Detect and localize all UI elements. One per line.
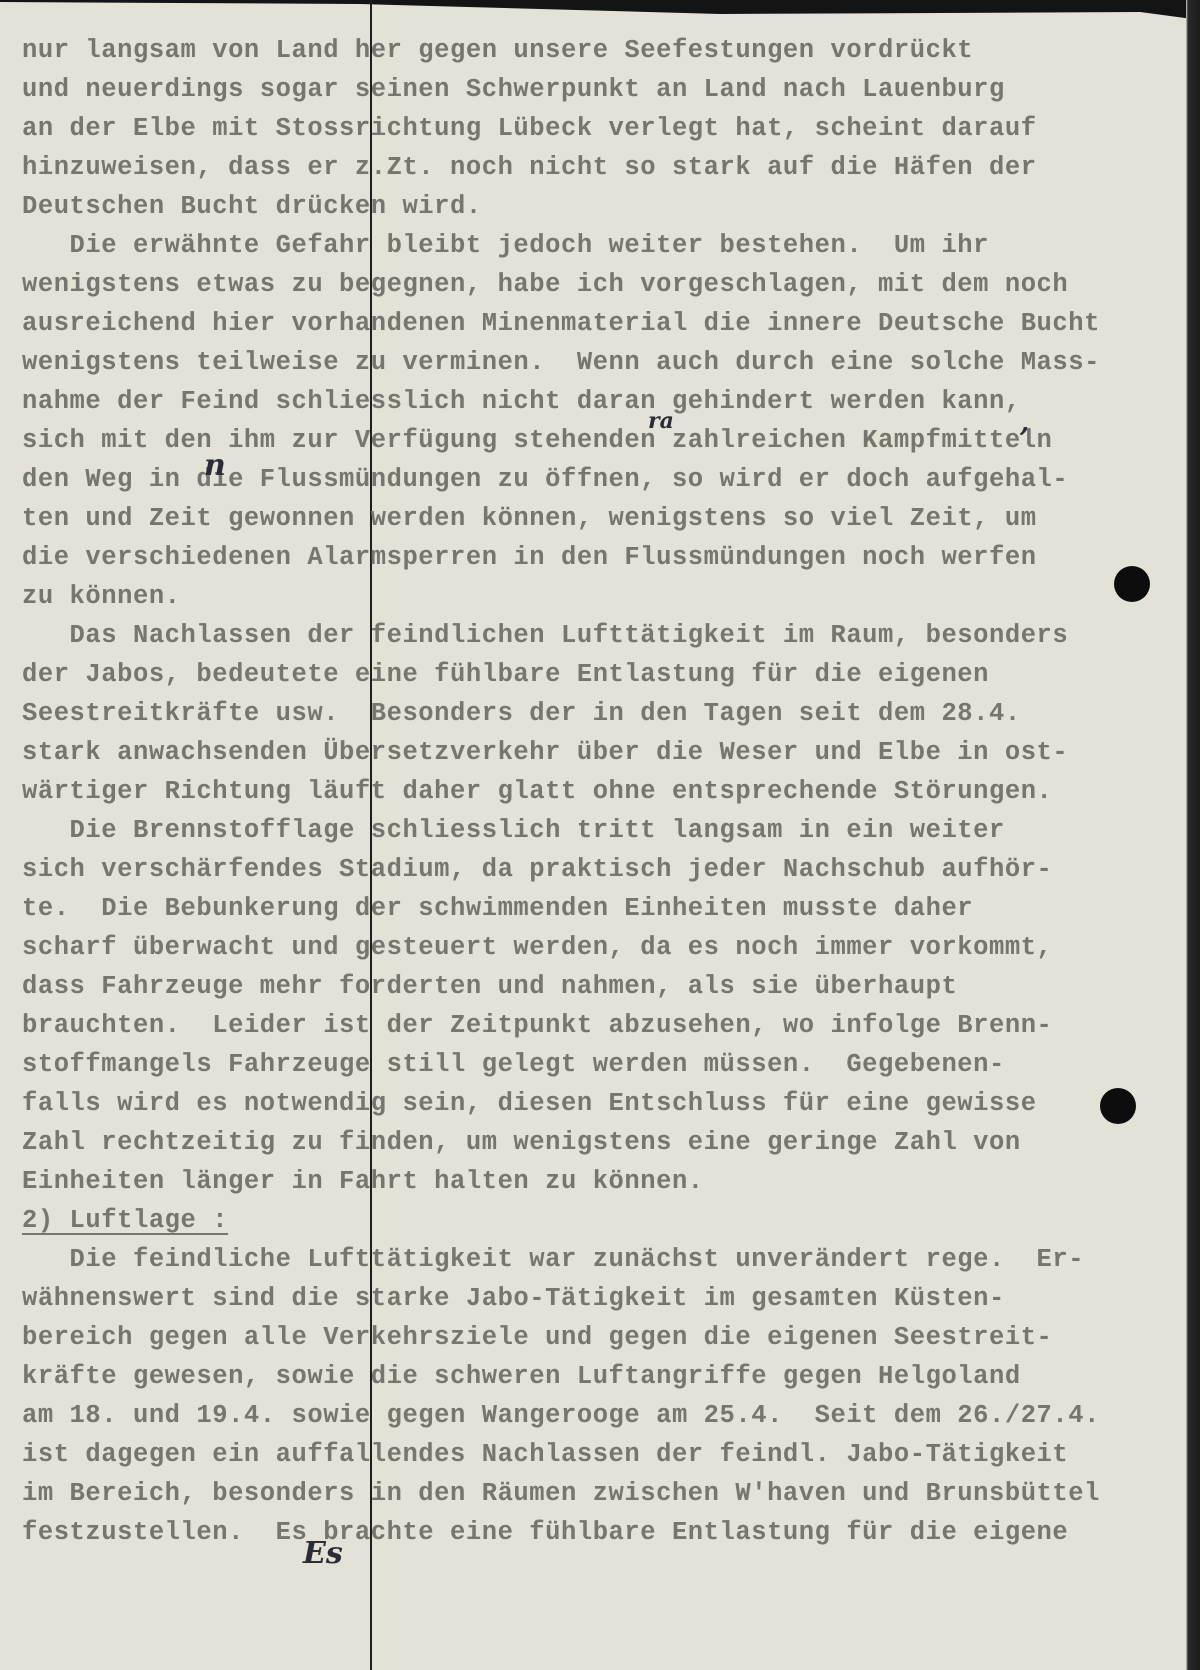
text-line: ist dagegen ein auffallendes Nachlassen … [22, 1434, 1068, 1475]
text-line: wähnenswert sind die starke Jabo-Tätigke… [22, 1278, 1005, 1319]
text-line: an der Elbe mit Stossrichtung Lübeck ver… [22, 108, 1037, 149]
text-line: Seestreitkräfte usw. Besonders der in de… [22, 693, 1021, 734]
section-heading: 2) Luftlage : [22, 1200, 228, 1241]
text-line: ten und Zeit gewonnen werden können, wen… [22, 498, 1037, 539]
punch-hole [1100, 1088, 1136, 1124]
text-line: Deutschen Bucht drücken wird. [22, 186, 482, 227]
document-page: nur langsam von Land her gegen unsere Se… [0, 0, 1200, 1670]
text-line: der Jabos, bedeutete eine fühlbare Entla… [22, 654, 989, 695]
text-line: hinzuweisen, dass er z.Zt. noch nicht so… [22, 147, 1037, 188]
text-line: Die Brennstofflage schliesslich tritt la… [22, 810, 1005, 851]
text-line: bereich gegen alle Verkehrsziele und geg… [22, 1317, 1052, 1358]
scan-right-edge [1186, 0, 1200, 1670]
text-line: nahme der Feind schliesslich nicht daran… [22, 381, 1021, 422]
text-line: sich verschärfendes Stadium, da praktisc… [22, 849, 1052, 890]
text-line: festzustellen. Es brachte eine fühlbare … [22, 1512, 1068, 1553]
text-line: wenigstens teilweise zu verminen. Wenn a… [22, 342, 1100, 383]
text-line: brauchten. Leider ist der Zeitpunkt abzu… [22, 1005, 1052, 1046]
text-line: sich mit den ihm zur Verfügung stehenden… [22, 420, 1052, 461]
text-line: Die erwähnte Gefahr bleibt jedoch weiter… [22, 225, 989, 266]
handwritten-correction: n [204, 448, 226, 483]
handwritten-correction: , [1020, 408, 1029, 438]
text-line: die verschiedenen Alarmsperren in den Fl… [22, 537, 1037, 578]
text-line: stark anwachsenden Übersetzverkehr über … [22, 732, 1068, 773]
handwritten-correction: Es [303, 1536, 343, 1571]
text-line: und neuerdings sogar seinen Schwerpunkt … [22, 69, 1005, 110]
text-line: im Bereich, besonders in den Räumen zwis… [22, 1473, 1100, 1514]
text-line: kräfte gewesen, sowie die schweren Lufta… [22, 1356, 1021, 1397]
text-line: Das Nachlassen der feindlichen Lufttätig… [22, 615, 1068, 656]
handwritten-correction: ra [648, 408, 674, 434]
scan-top-edge [0, 0, 1200, 20]
text-line: ausreichend hier vorhandenen Minenmateri… [22, 303, 1100, 344]
punch-hole [1114, 566, 1150, 602]
text-line: dass Fahrzeuge mehr forderten und nahmen… [22, 966, 957, 1007]
text-line: Zahl rechtzeitig zu finden, um wenigsten… [22, 1122, 1021, 1163]
text-line: den Weg in die Flussmündungen zu öffnen,… [22, 459, 1068, 500]
text-line: zu können. [22, 576, 181, 617]
text-line: falls wird es notwendig sein, diesen Ent… [22, 1083, 1037, 1124]
text-line: Einheiten länger in Fahrt halten zu könn… [22, 1161, 704, 1202]
text-line: am 18. und 19.4. sowie gegen Wangerooge … [22, 1395, 1100, 1436]
text-line: wärtiger Richtung läuft daher glatt ohne… [22, 771, 1052, 812]
text-line: Die feindliche Lufttätigkeit war zunächs… [22, 1239, 1084, 1280]
text-line: nur langsam von Land her gegen unsere Se… [22, 30, 973, 71]
text-line: te. Die Bebunkerung der schwimmenden Ein… [22, 888, 973, 929]
text-line: wenigstens etwas zu begegnen, habe ich v… [22, 264, 1068, 305]
text-line: stoffmangels Fahrzeuge still gelegt werd… [22, 1044, 1005, 1085]
text-line: scharf überwacht und gesteuert werden, d… [22, 927, 1052, 968]
